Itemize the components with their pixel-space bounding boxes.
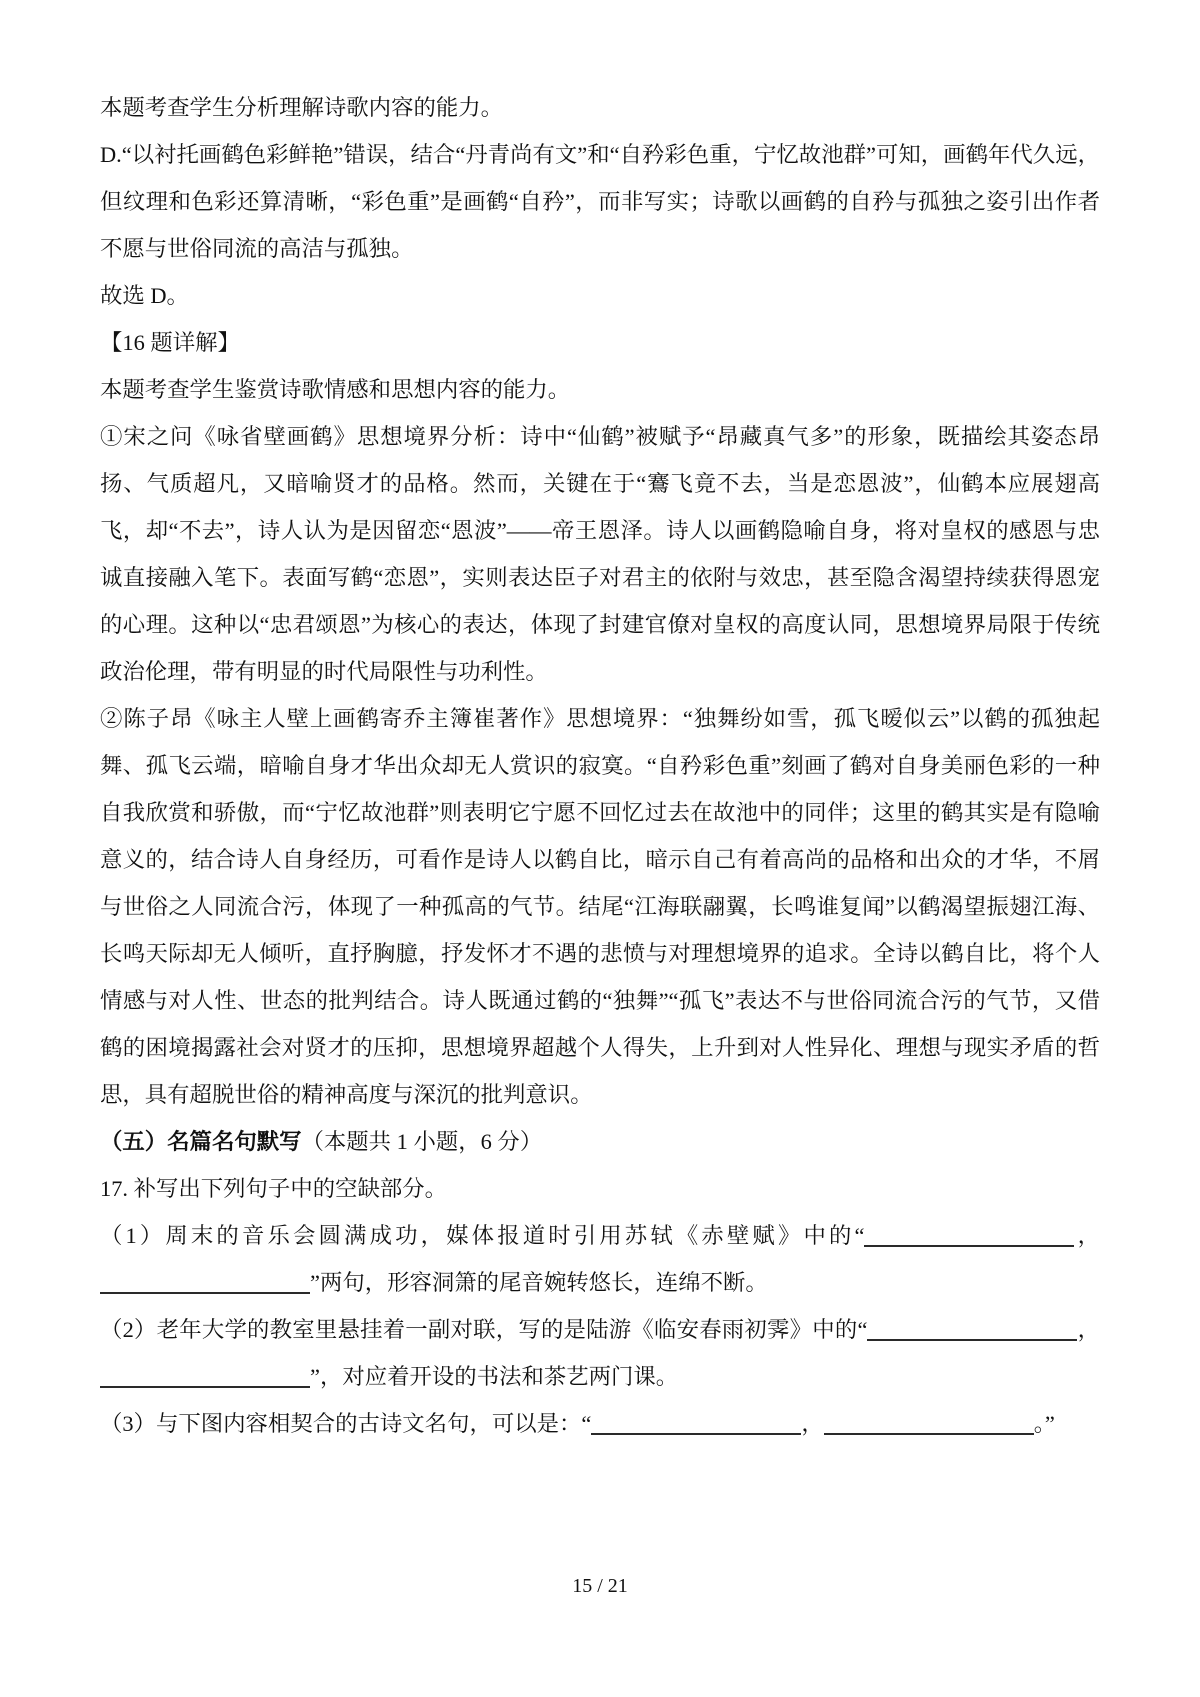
- answer-blank-line: [864, 1225, 1074, 1247]
- text-segment: 。”: [1034, 1411, 1055, 1436]
- text-segment: （3）与下图内容相契合的古诗文名句，可以是：“: [100, 1411, 591, 1436]
- answer-blank-line: [591, 1413, 801, 1435]
- text-segment: （2）老年大学的教室里悬挂着一副对联，写的是陆游《临安春雨初霁》中的“: [100, 1317, 867, 1342]
- page-number: 15 / 21: [0, 1574, 1200, 1598]
- answer-blank-line: [824, 1413, 1034, 1435]
- text-segment: ，: [801, 1411, 823, 1436]
- analysis-point-2: ②陈子昂《咏主人壁上画鹤寄乔主簿崔著作》思想境界：“独舞纷如雪，孤飞暧似云”以鹤…: [100, 695, 1100, 1118]
- question-17-item-1: （1）周末的音乐会圆满成功，媒体报道时引用苏轼《赤壁赋》中的“，”两句，形容洞箫…: [100, 1212, 1100, 1306]
- text-segment: ，: [1077, 1317, 1100, 1342]
- text-segment: D.“以衬托画鹤色彩鲜艳”错误，结合“丹青尚有文”和“自矜彩色重，宁忆故池群”可…: [100, 142, 1100, 261]
- text-segment: 故选 D。: [100, 283, 189, 308]
- question-17-stem: 17. 补写出下列句子中的空缺部分。: [100, 1165, 1100, 1212]
- detail-heading-16: 【16 题详解】: [100, 319, 1100, 366]
- text-segment: （五）名篇名句默写: [100, 1129, 302, 1154]
- text-segment: ②陈子昂《咏主人壁上画鹤寄乔主簿崔著作》思想境界：“独舞纷如雪，孤飞暧似云”以鹤…: [100, 706, 1100, 1107]
- text-segment: 本题考查学生鉴赏诗歌情感和思想内容的能力。: [100, 377, 570, 402]
- ability-note-16: 本题考查学生鉴赏诗歌情感和思想内容的能力。: [100, 366, 1100, 413]
- analysis-point-1: ①宋之问《咏省壁画鹤》思想境界分析：诗中“仙鹤”被赋予“昂藏真气多”的形象，既描…: [100, 413, 1100, 695]
- text-segment: 17. 补写出下列句子中的空缺部分。: [100, 1176, 447, 1201]
- answer-analysis-d: D.“以衬托画鹤色彩鲜艳”错误，结合“丹青尚有文”和“自矜彩色重，宁忆故池群”可…: [100, 131, 1100, 272]
- text-segment: ”两句，形容洞箫的尾音婉转悠长，连绵不断。: [310, 1270, 768, 1295]
- answer-conclusion: 故选 D。: [100, 272, 1100, 319]
- text-segment: ”，对应着开设的书法和茶艺两门课。: [310, 1364, 678, 1389]
- text-segment: （1）周末的音乐会圆满成功，媒体报道时引用苏轼《赤壁赋》中的“: [100, 1223, 864, 1248]
- ability-note-15: 本题考查学生分析理解诗歌内容的能力。: [100, 84, 1100, 131]
- answer-blank-line: [100, 1366, 310, 1388]
- text-segment: ，: [1074, 1223, 1100, 1248]
- text-segment: 【16 题详解】: [100, 330, 240, 355]
- exam-answer-page: 本题考查学生分析理解诗歌内容的能力。D.“以衬托画鹤色彩鲜艳”错误，结合“丹青尚…: [0, 0, 1200, 1697]
- section-heading-5: （五）名篇名句默写（本题共 1 小题，6 分）: [100, 1118, 1100, 1165]
- text-segment: ①宋之问《咏省壁画鹤》思想境界分析：诗中“仙鹤”被赋予“昂藏真气多”的形象，既描…: [100, 424, 1100, 684]
- question-17-item-2: （2）老年大学的教室里悬挂着一副对联，写的是陆游《临安春雨初霁》中的“，”，对应…: [100, 1306, 1100, 1400]
- answer-blank-line: [100, 1272, 310, 1294]
- document-body: 本题考查学生分析理解诗歌内容的能力。D.“以衬托画鹤色彩鲜艳”错误，结合“丹青尚…: [100, 84, 1100, 1447]
- answer-blank-line: [867, 1319, 1077, 1341]
- question-17-item-3: （3）与下图内容相契合的古诗文名句，可以是：“，。”: [100, 1400, 1100, 1447]
- text-segment: （本题共 1 小题，6 分）: [302, 1129, 543, 1154]
- text-segment: 本题考查学生分析理解诗歌内容的能力。: [100, 95, 503, 120]
